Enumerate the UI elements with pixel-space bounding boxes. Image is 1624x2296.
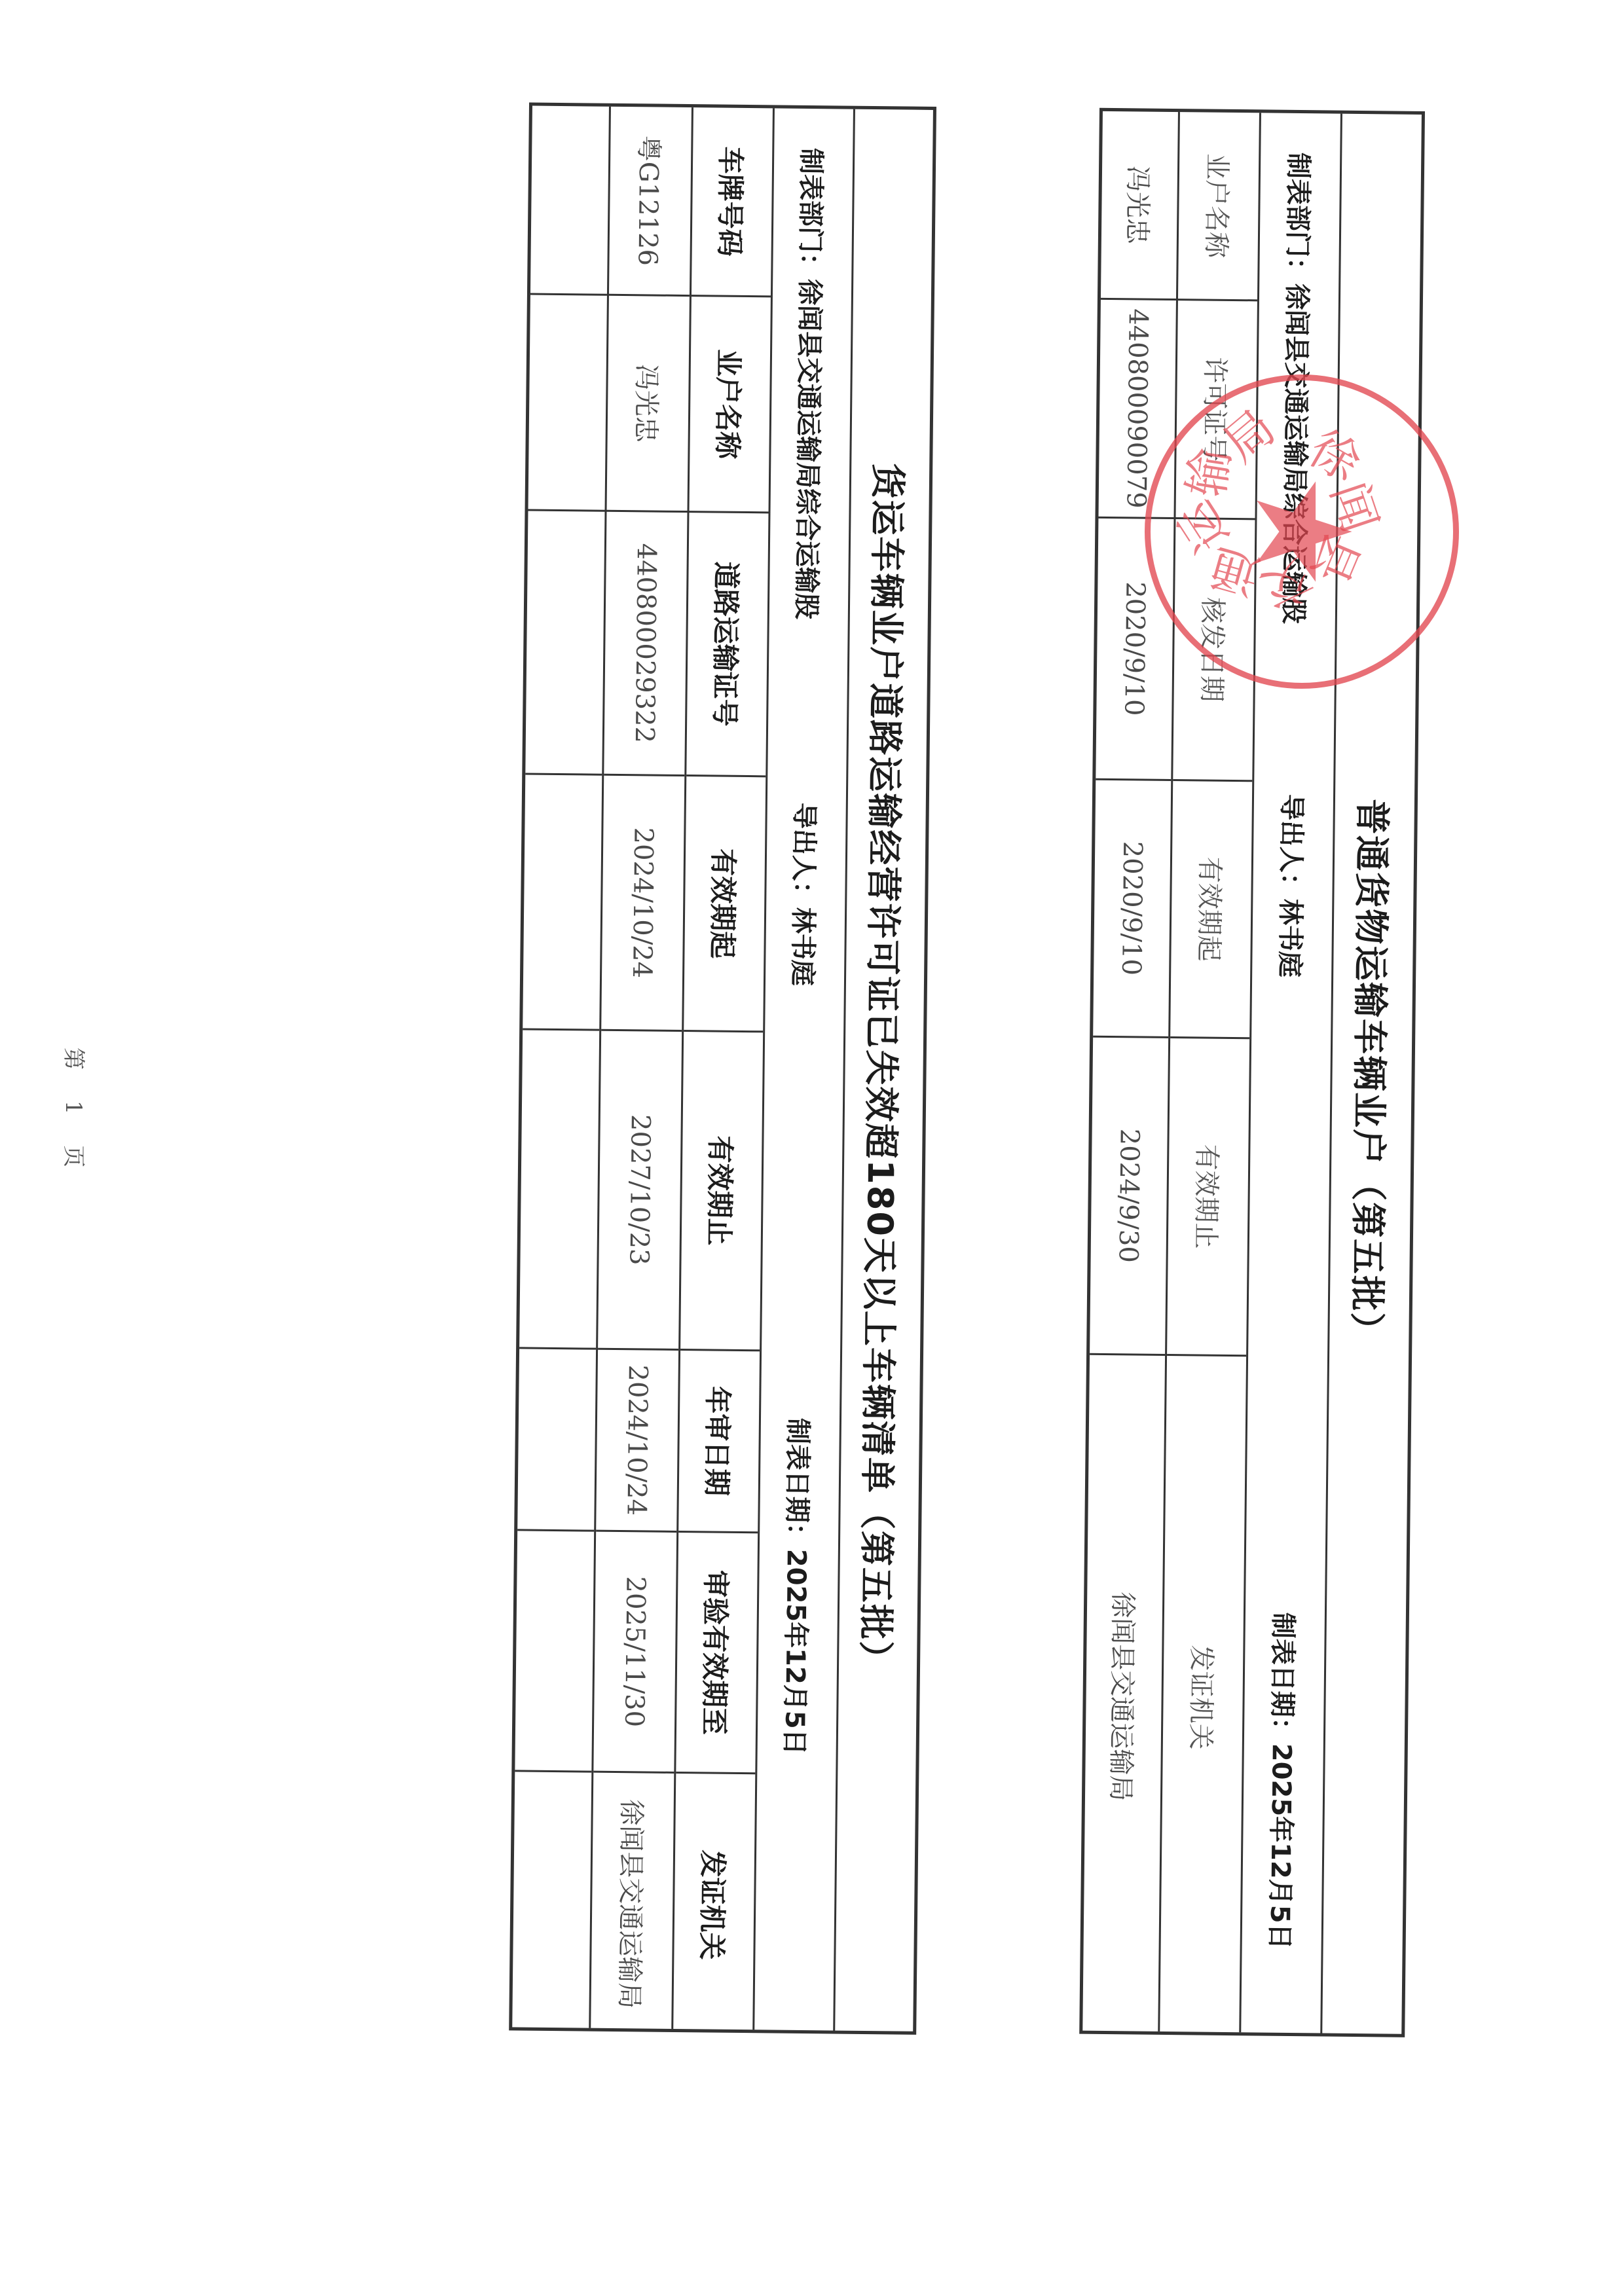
table1-exporter: 导出人：林书庭 bbox=[1252, 793, 1333, 977]
table-cell bbox=[519, 1030, 599, 1349]
table1-department: 制表部门：徐闻县交通运输局综合运输股 bbox=[1256, 152, 1340, 624]
table1-date: 制表日期：2025年12月5日 bbox=[1242, 1612, 1325, 1950]
table-cell: 2020/9/10 bbox=[1093, 780, 1171, 1038]
column-header: 许可证号 bbox=[1175, 301, 1257, 520]
column-header: 审验有效期至 bbox=[676, 1533, 758, 1774]
column-header: 核发日期 bbox=[1173, 519, 1255, 782]
column-header: 业户名称 bbox=[689, 297, 770, 513]
table-expired-license-vehicles: 货运车辆业户道路运输经营许可证已失效超180天以上车辆清单（第五批） 制表部门：… bbox=[509, 102, 936, 2034]
table2-date: 制表日期：2025年12月5日 bbox=[758, 1417, 840, 1755]
column-header: 年审日期 bbox=[678, 1351, 760, 1533]
column-header: 有效期起 bbox=[1170, 781, 1252, 1039]
table2-department: 制表部门：徐闻县交通运输局综合运输股 bbox=[769, 147, 853, 619]
column-header: 道路运输证号 bbox=[686, 513, 768, 777]
table-cell: 2025/11/30 bbox=[593, 1532, 676, 1774]
page-number: 第 1 页 bbox=[60, 1048, 92, 1179]
column-header: 车牌号码 bbox=[692, 107, 773, 297]
table-cell bbox=[517, 1349, 596, 1531]
table-cell: 2024/10/24 bbox=[596, 1350, 678, 1533]
table2-exporter: 导出人：林书庭 bbox=[766, 802, 846, 986]
column-header: 发证机关 bbox=[673, 1774, 755, 2036]
table-cell bbox=[528, 295, 606, 512]
column-header: 有效期起 bbox=[684, 776, 766, 1032]
table-cell: 2024/9/30 bbox=[1090, 1038, 1168, 1356]
table-cell bbox=[523, 774, 602, 1030]
table-cell: 440800029322 bbox=[604, 512, 687, 776]
table-ordinary-freight-vehicles: 普通货物运输车辆业户（第五批） 制表部门：徐闻县交通运输局综合运输股 导出人：林… bbox=[1079, 108, 1425, 2037]
table-cell: 2024/10/24 bbox=[601, 776, 684, 1032]
column-header: 有效期止 bbox=[1167, 1038, 1249, 1357]
column-header: 发证机关 bbox=[1160, 1356, 1246, 2039]
table-cell: 2020/9/10 bbox=[1096, 519, 1173, 781]
table-cell: 徐闻县交通运输局 bbox=[591, 1773, 674, 2035]
table-cell bbox=[530, 106, 609, 296]
table-cell: 冯光忠 bbox=[1101, 111, 1178, 301]
column-header: 业户名称 bbox=[1178, 112, 1259, 301]
table-cell: 2027/10/23 bbox=[598, 1031, 682, 1351]
table-cell: 冯光忠 bbox=[606, 296, 689, 513]
column-header: 有效期止 bbox=[680, 1032, 763, 1351]
table-cell bbox=[512, 1772, 591, 2034]
table-cell bbox=[515, 1531, 594, 1772]
table-cell: 440800090079 bbox=[1098, 300, 1175, 519]
table-cell: 徐闻县交通运输局 bbox=[1082, 1355, 1165, 2038]
table-cell bbox=[525, 511, 604, 776]
table-cell: 粤G12126 bbox=[609, 107, 692, 297]
